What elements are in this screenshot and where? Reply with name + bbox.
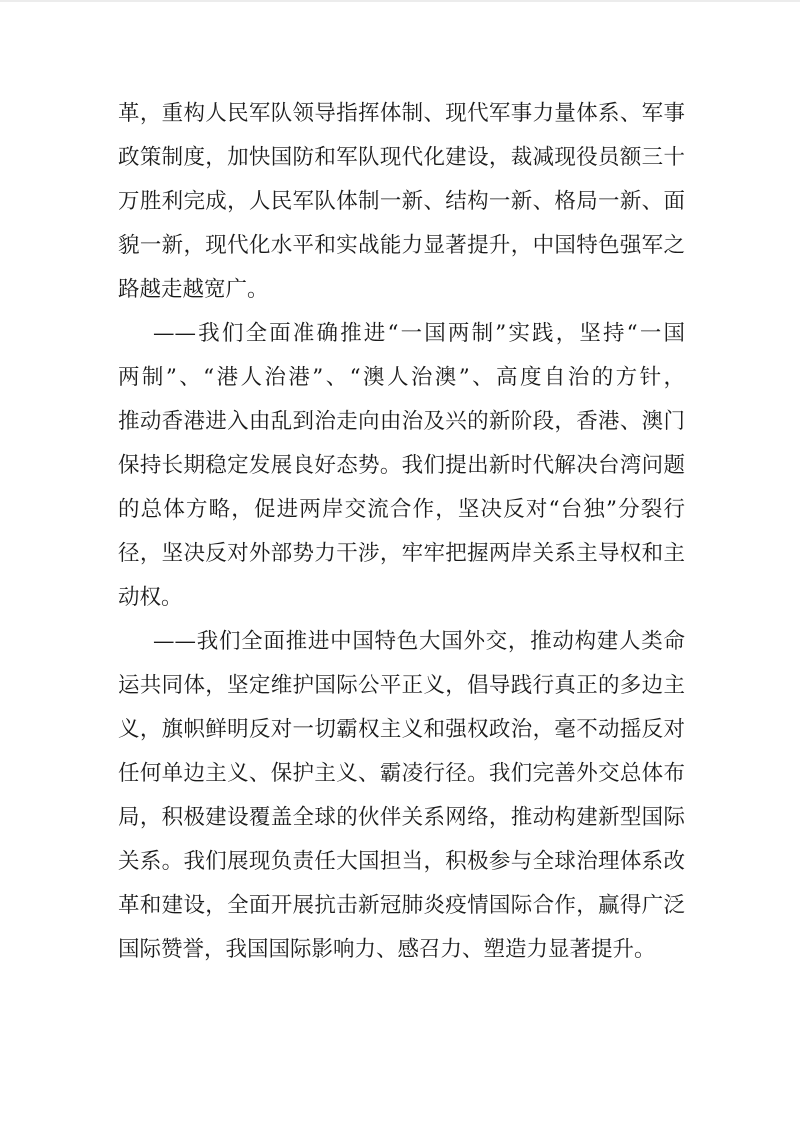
text-line: 政策制度，加快国防和军队现代化建设，裁减现役员额三十 <box>118 136 685 180</box>
text-line: 径，坚决反对外部势力干涉，牢牢把握两岸关系主导权和主 <box>118 532 685 576</box>
text-line: 革和建设，全面开展抗击新冠肺炎疫情国际合作，赢得广泛 <box>118 884 685 928</box>
text-line: ——我们全面推进中国特色大国外交，推动构建人类命 <box>118 620 685 664</box>
text-line: 关系。我们展现负责任大国担当，积极参与全球治理体系改 <box>118 840 685 884</box>
paragraph-one-country-two-systems: ——我们全面准确推进“一国两制”实践，坚持“一国 两制”、“港人治港”、“澳人治… <box>118 312 685 620</box>
text-line: ——我们全面准确推进“一国两制”实践，坚持“一国 <box>118 312 685 356</box>
text-line: 革，重构人民军队领导指挥体制、现代军事力量体系、军事 <box>118 92 685 136</box>
text-line: 路越走越宽广。 <box>118 268 685 312</box>
text-line: 推动香港进入由乱到治走向由治及兴的新阶段，香港、澳门 <box>118 400 685 444</box>
text-line: 运共同体，坚定维护国际公平正义，倡导践行真正的多边主 <box>118 664 685 708</box>
text-line: 义，旗帜鲜明反对一切霸权主义和强权政治，毫不动摇反对 <box>118 708 685 752</box>
document-page-text: 革，重构人民军队领导指挥体制、现代军事力量体系、军事 政策制度，加快国防和军队现… <box>118 92 685 972</box>
text-line: 貌一新，现代化水平和实战能力显著提升，中国特色强军之 <box>118 224 685 268</box>
text-line: 国际赞誉，我国国际影响力、感召力、塑造力显著提升。 <box>118 928 685 972</box>
text-line: 的总体方略，促进两岸交流合作，坚决反对“台独”分裂行 <box>118 488 685 532</box>
text-line: 保持长期稳定发展良好态势。我们提出新时代解决台湾问题 <box>118 444 685 488</box>
text-line: 两制”、“港人治港”、“澳人治澳”、高度自治的方针， <box>118 356 685 400</box>
text-line: 局，积极建设覆盖全球的伙伴关系网络，推动构建新型国际 <box>118 796 685 840</box>
paragraph-major-country-diplomacy: ——我们全面推进中国特色大国外交，推动构建人类命 运共同体，坚定维护国际公平正义… <box>118 620 685 972</box>
text-line: 万胜利完成，人民军队体制一新、结构一新、格局一新、面 <box>118 180 685 224</box>
text-line: 任何单边主义、保护主义、霸凌行径。我们完善外交总体布 <box>118 752 685 796</box>
page-top-edge <box>0 0 800 2</box>
paragraph-military-reform: 革，重构人民军队领导指挥体制、现代军事力量体系、军事 政策制度，加快国防和军队现… <box>118 92 685 312</box>
text-line: 动权。 <box>118 576 685 620</box>
